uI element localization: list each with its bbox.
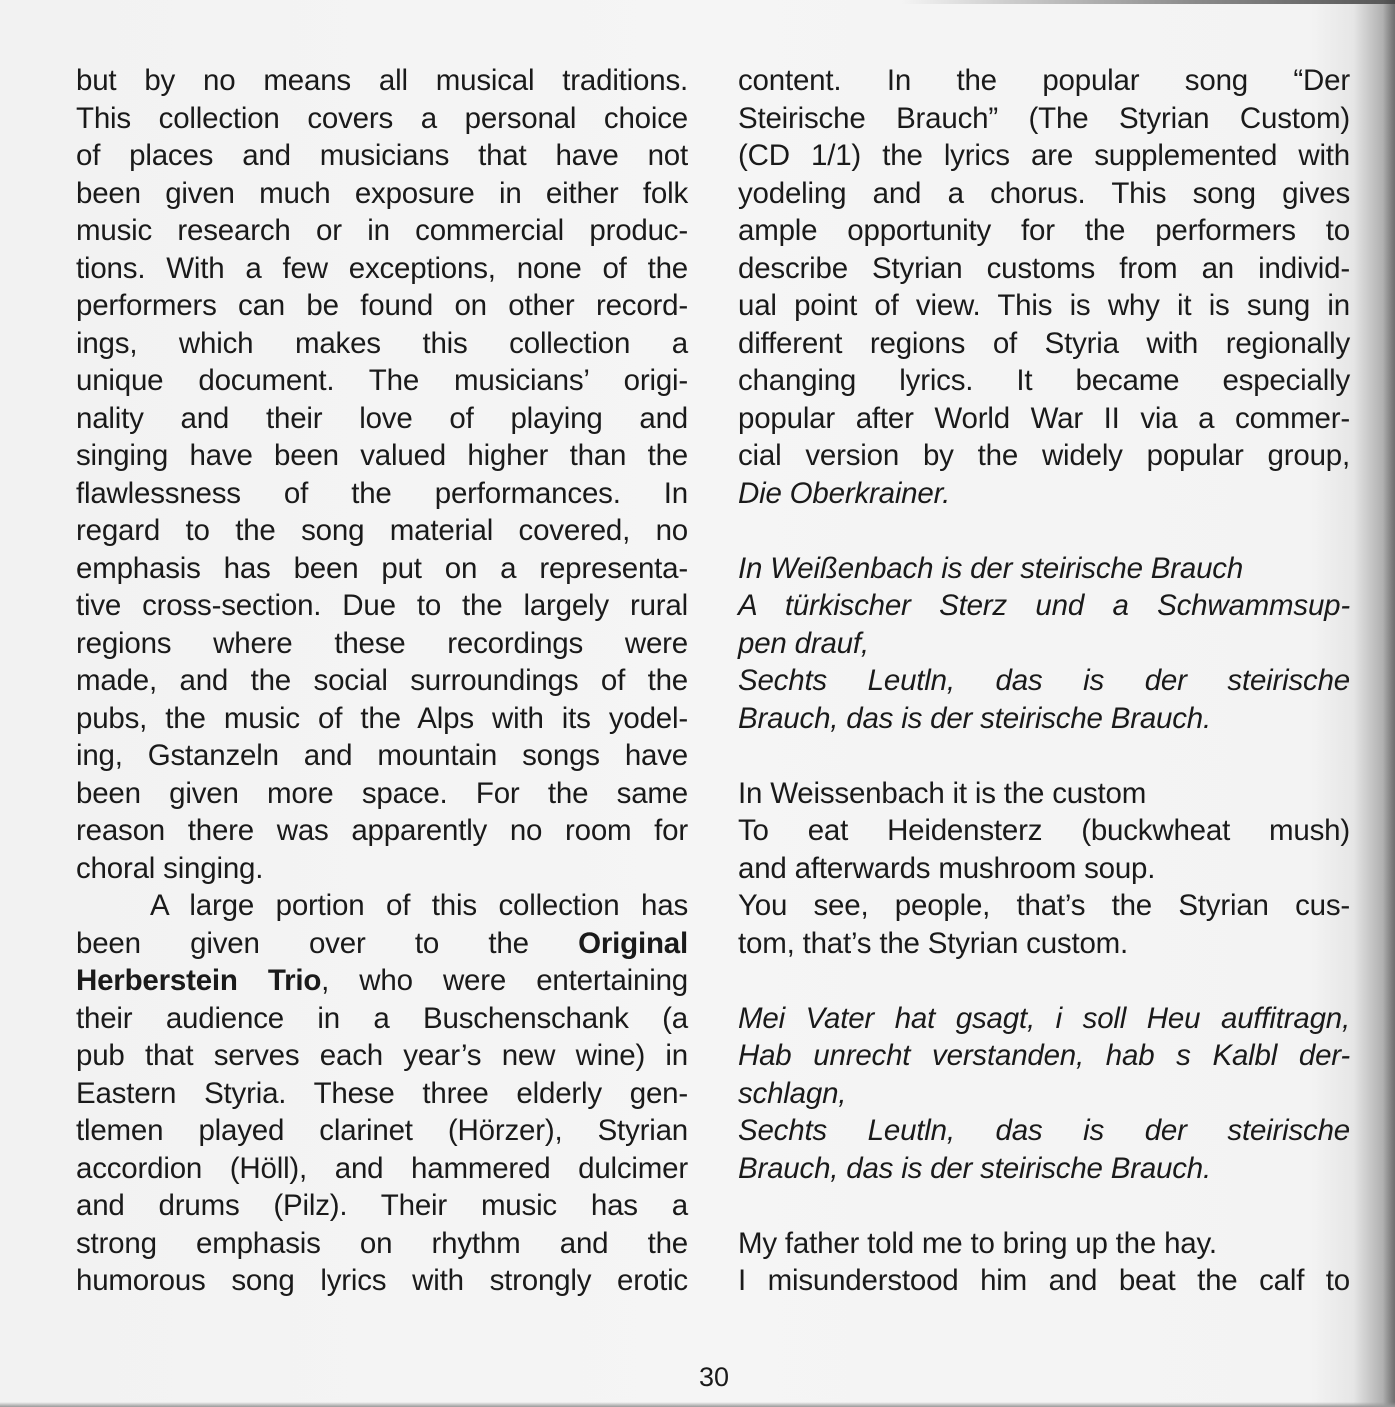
booklet-page: but by no means all musical traditions. … (0, 0, 1395, 1407)
text-line: made, and the social surroundings of the (76, 662, 688, 700)
text-line: ings, which makes this collection a (76, 325, 688, 363)
text-line: humorous song lyrics with strongly eroti… (76, 1262, 688, 1300)
text-line: (CD 1/1) the lyrics are supplemented wit… (738, 137, 1350, 175)
text-line: ing, Gstanzeln and mountain songs have (76, 737, 688, 775)
lyric-line: Brauch, das is der steirische Brauch. (738, 700, 1350, 738)
left-column: but by no means all musical traditions. … (76, 62, 688, 1300)
text-line: been given more space. For the same (76, 775, 688, 813)
performer-name-bold: Herberstein Trio (76, 964, 321, 997)
text-line: unique document. The musicians’ origi- (76, 362, 688, 400)
lyrics-verse-1-english: In Weissenbach it is the custom To eat H… (738, 775, 1350, 963)
stanza-gap (738, 512, 1350, 550)
scan-bottom-edge (0, 1402, 1395, 1407)
text-line: emphasis has been put on a representa- (76, 550, 688, 588)
stanza-gap (738, 962, 1350, 1000)
text-line: Eastern Styria. These three elderly gen- (76, 1075, 688, 1113)
lyric-line: Brauch, das is der steirische Brauch. (738, 1150, 1350, 1188)
group-name-italic: Die Oberkrainer (738, 477, 942, 510)
text-line: describe Styrian customs from an individ… (738, 250, 1350, 288)
text-line: of places and musicians that have not (76, 137, 688, 175)
lyric-line: tom, that’s the Styrian custom. (738, 925, 1350, 963)
text-line: reason there was apparently no room for (76, 812, 688, 850)
lyric-line: Sechts Leutln, das is der steirische (738, 1112, 1350, 1150)
text-line: choral singing. (76, 850, 688, 888)
lyric-line: pen drauf, (738, 625, 1350, 663)
lyrics-verse-1-german: In Weißenbach is der steirische Brauch A… (738, 550, 1350, 738)
lyric-line: Hab unrecht verstanden, hab s Kalbl der- (738, 1037, 1350, 1075)
text-line: Die Oberkrainer. (738, 475, 1350, 513)
text-line: Herberstein Trio, who were entertaining (76, 962, 688, 1000)
stanza-gap (738, 1187, 1350, 1225)
stanza-gap (738, 737, 1350, 775)
text-fragment: been given over to the (76, 927, 578, 960)
lyric-line: In Weissenbach it is the custom (738, 775, 1350, 813)
text-line: but by no means all musical traditions. (76, 62, 688, 100)
text-line: and drums (Pilz). Their music has a (76, 1187, 688, 1225)
text-line: Steirische Brauch” (The Styrian Custom) (738, 100, 1350, 138)
lyrics-verse-2-english: My father told me to bring up the hay. I… (738, 1225, 1350, 1300)
lyric-line: Sechts Leutln, das is der steirische (738, 662, 1350, 700)
lyric-line: I misunderstood him and beat the calf to (738, 1262, 1350, 1300)
text-fragment: , who were entertaining (321, 964, 688, 997)
text-line: been given much exposure in either folk (76, 175, 688, 213)
text-line: tions. With a few exceptions, none of th… (76, 250, 688, 288)
text-line: changing lyrics. It became especially (738, 362, 1350, 400)
right-column: content. In the popular song “Der Steiri… (738, 62, 1350, 1300)
text-line: flawlessness of the performances. In (76, 475, 688, 513)
lyrics-verse-2-german: Mei Vater hat gsagt, i soll Heu auffitra… (738, 1000, 1350, 1188)
lyric-line: and afterwards mushroom soup. (738, 850, 1350, 888)
text-line: regions where these recordings were (76, 625, 688, 663)
text-line: pub that serves each year’s new wine) in (76, 1037, 688, 1075)
lyric-line: In Weißenbach is der steirische Brauch (738, 550, 1350, 588)
lyric-line: schlagn, (738, 1075, 1350, 1113)
text-line: accordion (Höll), and hammered dulcimer (76, 1150, 688, 1188)
text-line: performers can be found on other record- (76, 287, 688, 325)
text-line: tlemen played clarinet (Hörzer), Styrian (76, 1112, 688, 1150)
text-line: content. In the popular song “Der (738, 62, 1350, 100)
text-line: different regions of Styria with regiona… (738, 325, 1350, 363)
text-line: strong emphasis on rhythm and the (76, 1225, 688, 1263)
text-line: singing have been valued higher than the (76, 437, 688, 475)
text-line: cial version by the widely popular group… (738, 437, 1350, 475)
page-number: 30 (686, 1362, 742, 1392)
text-line: ample opportunity for the performers to (738, 212, 1350, 250)
text-line: A large portion of this collection has (76, 887, 688, 925)
text-line: been given over to the Original (76, 925, 688, 963)
paragraph-collection-scope: but by no means all musical traditions. … (76, 62, 688, 887)
scan-top-edge (900, 0, 1395, 4)
lyric-line: To eat Heidensterz (buckwheat mush) (738, 812, 1350, 850)
text-line: their audience in a Buschenschank (a (76, 1000, 688, 1038)
paragraph-herberstein-trio: A large portion of this collection has b… (76, 887, 688, 1300)
text-line: ual point of view. This is why it is sun… (738, 287, 1350, 325)
text-line: nality and their love of playing and (76, 400, 688, 438)
text-line: pubs, the music of the Alps with its yod… (76, 700, 688, 738)
scan-binding-shadow (1383, 0, 1395, 1407)
lyric-line: My father told me to bring up the hay. (738, 1225, 1350, 1263)
lyric-line: Mei Vater hat gsagt, i soll Heu auffitra… (738, 1000, 1350, 1038)
text-line: music research or in commercial produc- (76, 212, 688, 250)
text-line: This collection covers a personal choice (76, 100, 688, 138)
text-line: regard to the song material covered, no (76, 512, 688, 550)
text-fragment: . (942, 477, 950, 510)
lyric-line: A türkischer Sterz und a Schwammsup- (738, 587, 1350, 625)
lyric-line: You see, people, that’s the Styrian cus- (738, 887, 1350, 925)
text-line: popular after World War II via a commer- (738, 400, 1350, 438)
text-line: tive cross-section. Due to the largely r… (76, 587, 688, 625)
performer-name-bold: Original (578, 927, 688, 960)
paragraph-styrian-custom-intro: content. In the popular song “Der Steiri… (738, 62, 1350, 512)
text-line: yodeling and a chorus. This song gives (738, 175, 1350, 213)
